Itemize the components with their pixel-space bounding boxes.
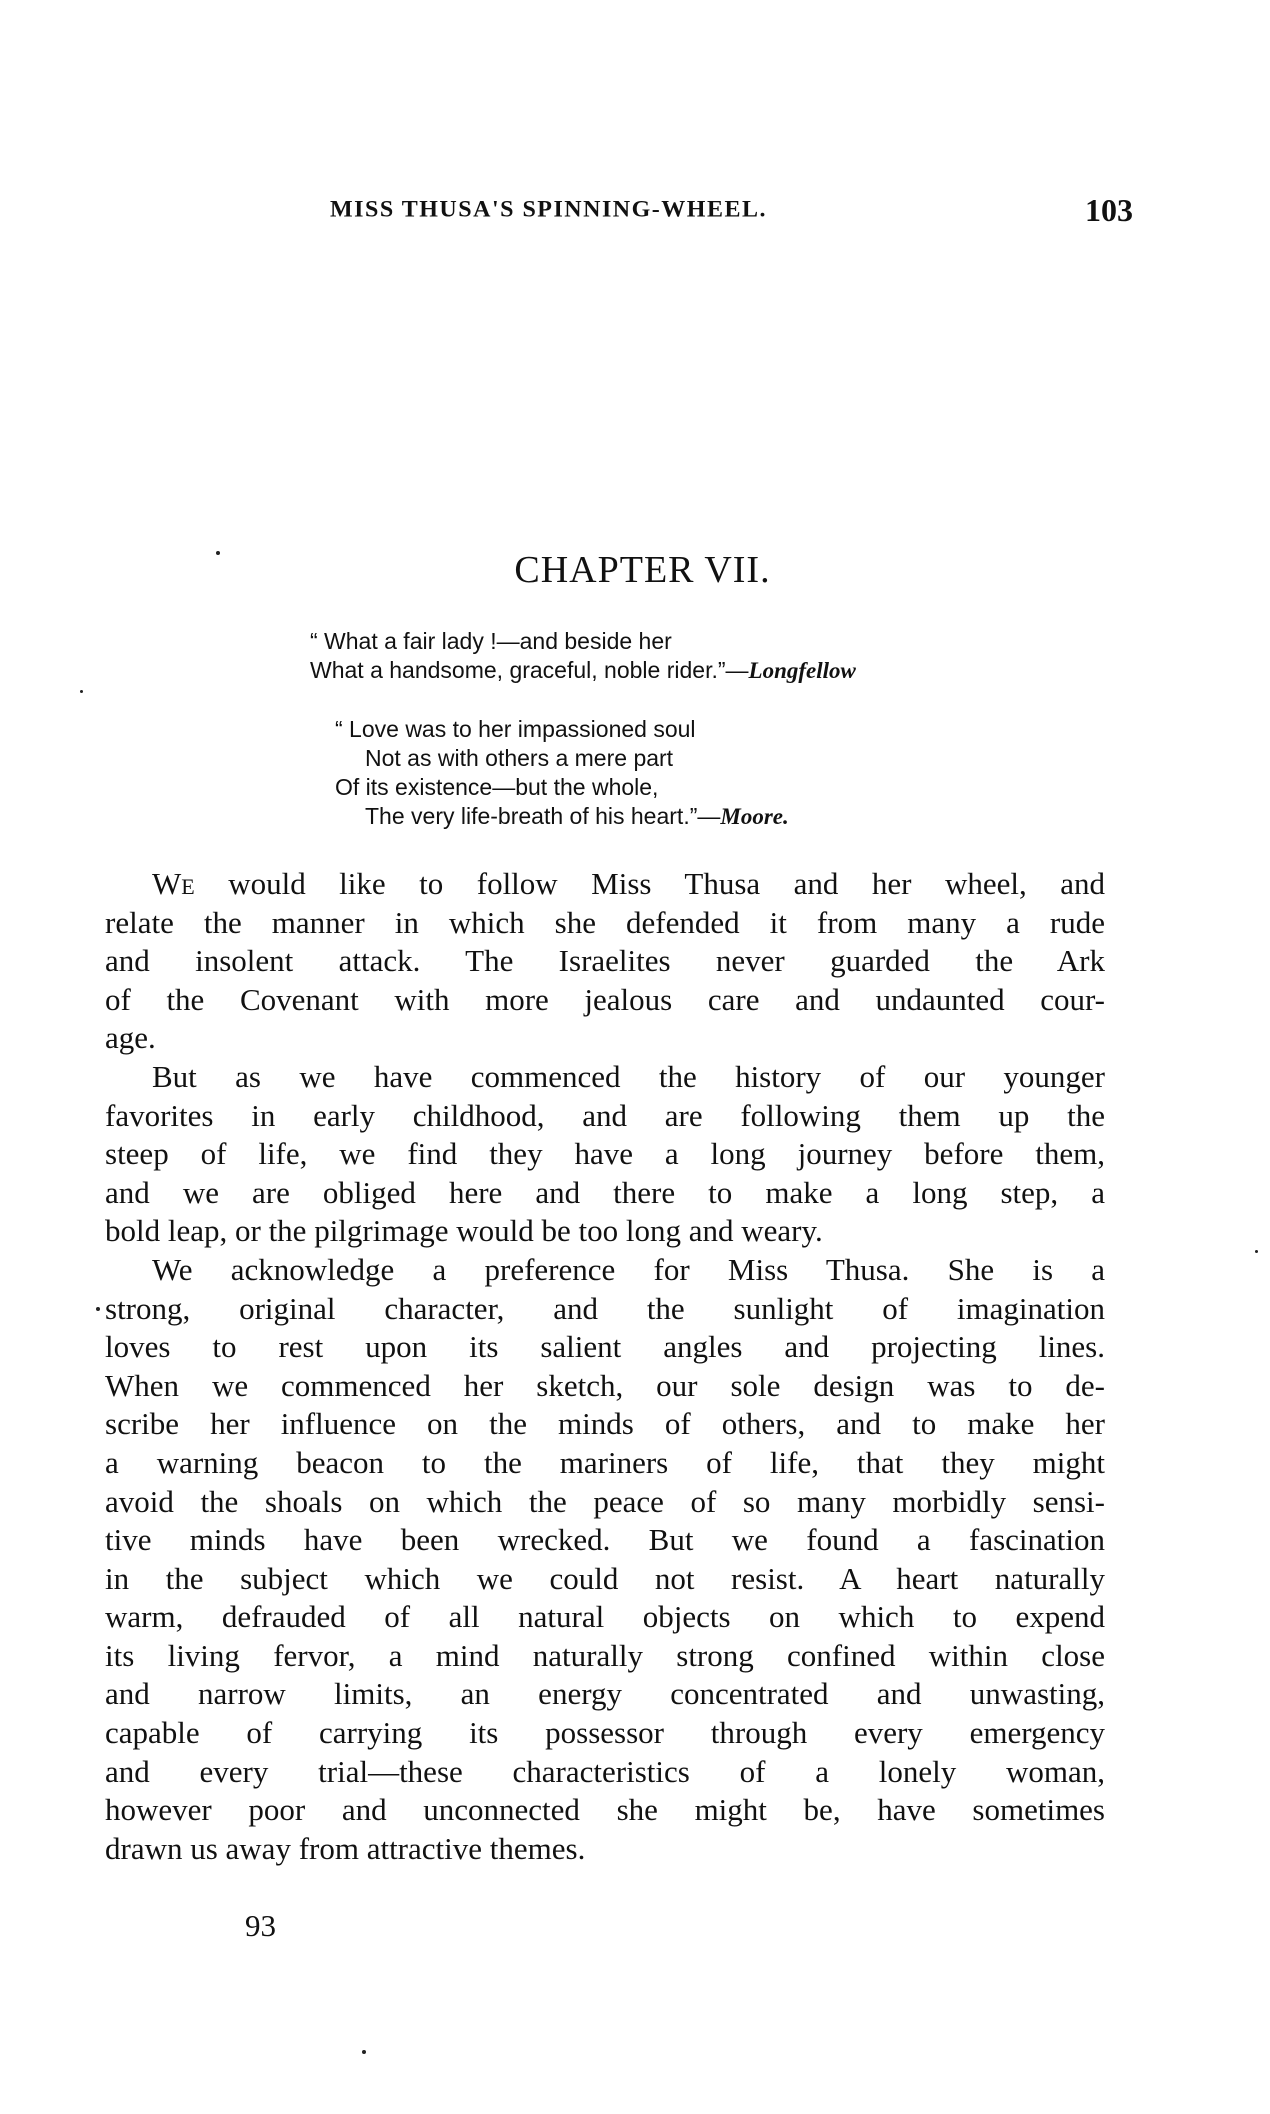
text-line: and narrow limits, an energy concentrate… [105,1675,1105,1714]
text-line: avoid the shoals on which the peace of s… [105,1483,1105,1522]
text-line-content: would like to follow Miss Thusa and her … [195,866,1105,901]
text-line: We would like to follow Miss Thusa and h… [105,865,1105,904]
scan-speck [96,1307,100,1311]
text-line: and we are obliged here and there to mak… [105,1174,1105,1213]
opening-word: We [152,866,195,901]
epigraph-moore: “ Love was to her impassioned soul Not a… [335,715,789,831]
text-line: scribe her influence on the minds of oth… [105,1405,1105,1444]
epigraph-line: The very life-breath of his heart.”—Moor… [335,802,789,831]
epigraph-line: “ What a fair lady !—and beside her [310,627,856,656]
text-line: capable of carrying its possessor throug… [105,1714,1105,1753]
text-line: tive minds have been wrecked. But we fou… [105,1521,1105,1560]
text-line: But as we have commenced the history of … [105,1058,1105,1097]
text-line: and every trial—these characteristics of… [105,1753,1105,1792]
epigraph-line: “ Love was to her impassioned soul [335,715,789,744]
text-line: warm, defrauded of all natural objects o… [105,1598,1105,1637]
text-line: a warning beacon to the mariners of life… [105,1444,1105,1483]
text-line: its living fervor, a mind naturally stro… [105,1637,1105,1676]
page-number: 103 [1085,192,1133,229]
signature-mark: 93 [245,1908,276,1944]
text-line: however poor and unconnected she might b… [105,1791,1105,1830]
text-line: relate the manner in which she defended … [105,904,1105,943]
text-line: bold leap, or the pilgrimage would be to… [105,1212,1105,1251]
text-line: favorites in early childhood, and are fo… [105,1097,1105,1136]
text-line: of the Covenant with more jealous care a… [105,981,1105,1020]
text-line: When we commenced her sketch, our sole d… [105,1367,1105,1406]
epigraph-line-text: The very life-breath of his heart.”— [365,803,720,829]
epigraph-line-text: What a handsome, graceful, noble rider.”… [310,657,749,683]
epigraph-line: Not as with others a mere part [335,744,789,773]
epigraph-line: What a handsome, graceful, noble rider.”… [310,656,856,685]
text-line: strong, original character, and the sunl… [105,1290,1105,1329]
body-text: We would like to follow Miss Thusa and h… [105,865,1105,1868]
chapter-title-text: CHAPTER VII. [514,548,770,592]
text-line: age. [105,1019,1105,1058]
paragraph-1: We would like to follow Miss Thusa and h… [105,865,1105,1058]
text-line: loves to rest upon its salient angles an… [105,1328,1105,1367]
text-line: We acknowledge a preference for Miss Thu… [105,1251,1105,1290]
paragraph-3: We acknowledge a preference for Miss Thu… [105,1251,1105,1869]
epigraph-line: Of its existence—but the whole, [335,773,789,802]
running-head-title: MISS THUSA'S SPINNING-WHEEL. [330,198,767,224]
epigraph-longfellow: “ What a fair lady !—and beside her What… [310,627,856,685]
epigraph-attribution: Longfellow [749,658,856,683]
paragraph-2: But as we have commenced the history of … [105,1058,1105,1251]
text-line: in the subject which we could not resist… [105,1560,1105,1599]
scan-speck [362,2050,366,2054]
scan-speck [80,690,83,693]
text-line: drawn us away from attractive themes. [105,1830,1105,1869]
epigraph-attribution: Moore. [720,804,788,829]
chapter-title: CHAPTER VII. [0,548,1270,592]
text-line: and insolent attack. The Israelites neve… [105,942,1105,981]
text-line: steep of life, we find they have a long … [105,1135,1105,1174]
scan-speck [1255,1250,1258,1253]
